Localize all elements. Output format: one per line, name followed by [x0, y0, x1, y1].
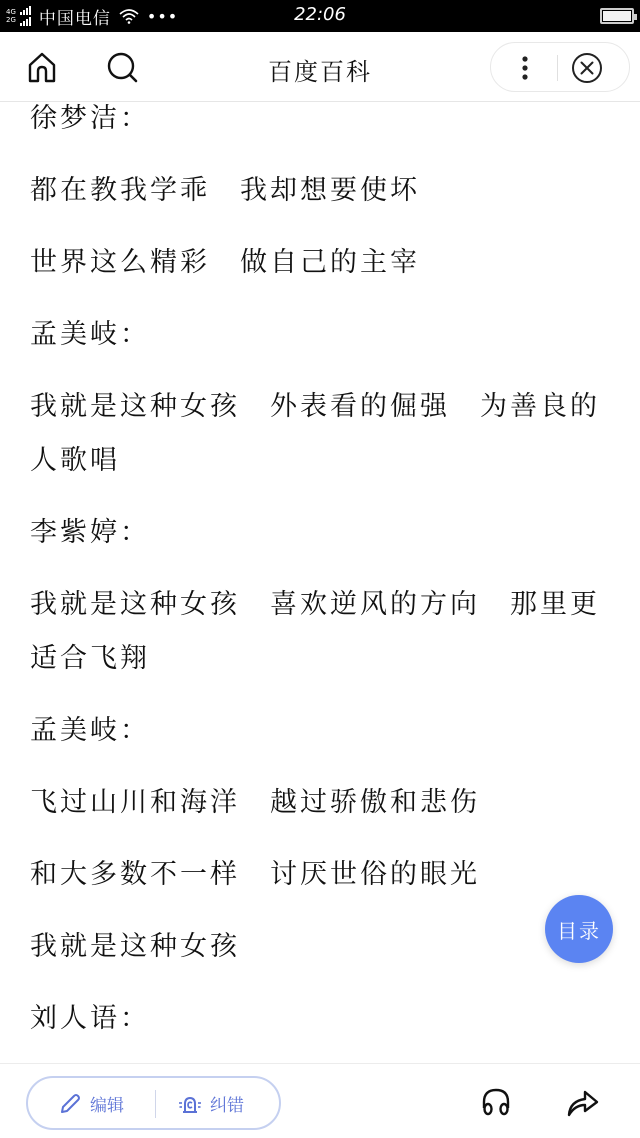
singer-label: 李紫婷： [30, 506, 600, 560]
lyric-line: 我就是这种女孩 喜欢逆风的方向 那里更适合飞翔 [30, 578, 600, 686]
lyric-line: 我就是这种女孩 外表看的倔强 为善良的人歌唱 [30, 380, 600, 488]
status-bar: 4G 2G 中国电信 ••• 22:06 [0, 0, 640, 32]
headphones-icon[interactable] [478, 1084, 514, 1120]
edit-report-pill: 编辑 纠错 [26, 1076, 281, 1130]
lyric-line: 我就是这种女孩 [30, 920, 600, 974]
pencil-icon [58, 1092, 82, 1116]
mini-program-capsule [490, 42, 630, 92]
lyric-line: 飞过山川和海洋 越过骄傲和悲伤 [30, 776, 600, 830]
edit-button[interactable]: 编辑 [58, 1091, 124, 1116]
lyric-line: 都在教我学乖 我却想要使坏 [30, 164, 600, 218]
singer-label: 刘人语： [30, 992, 600, 1046]
singer-label: 孟美岐： [30, 704, 600, 758]
bottom-toolbar: 编辑 纠错 [0, 1063, 640, 1138]
report-error-button[interactable]: 纠错 [178, 1091, 244, 1116]
clock: 22:06 [0, 4, 640, 25]
singer-label: 孟美岐： [30, 308, 600, 362]
lyric-line: 和大多数不一样 讨厌世俗的眼光 [30, 848, 600, 902]
share-icon[interactable] [565, 1084, 601, 1120]
lyric-line: 世界这么精彩 做自己的主宰 [30, 236, 600, 290]
edit-label: 编辑 [90, 1091, 124, 1116]
battery-icon [600, 8, 634, 24]
close-circle-icon[interactable] [571, 52, 603, 84]
report-error-label: 纠错 [210, 1091, 244, 1116]
singer-label: 徐梦洁： [30, 102, 600, 146]
more-vertical-icon[interactable] [513, 55, 537, 81]
app-header: 百度百科 [0, 32, 640, 102]
pill-divider [155, 1090, 156, 1118]
alarm-icon [178, 1092, 202, 1116]
lyrics-content: 徐梦洁： 都在教我学乖 我却想要使坏 世界这么精彩 做自己的主宰 孟美岐： 我就… [0, 102, 640, 1062]
capsule-divider [557, 55, 558, 81]
table-of-contents-button[interactable]: 目录 [545, 895, 613, 963]
